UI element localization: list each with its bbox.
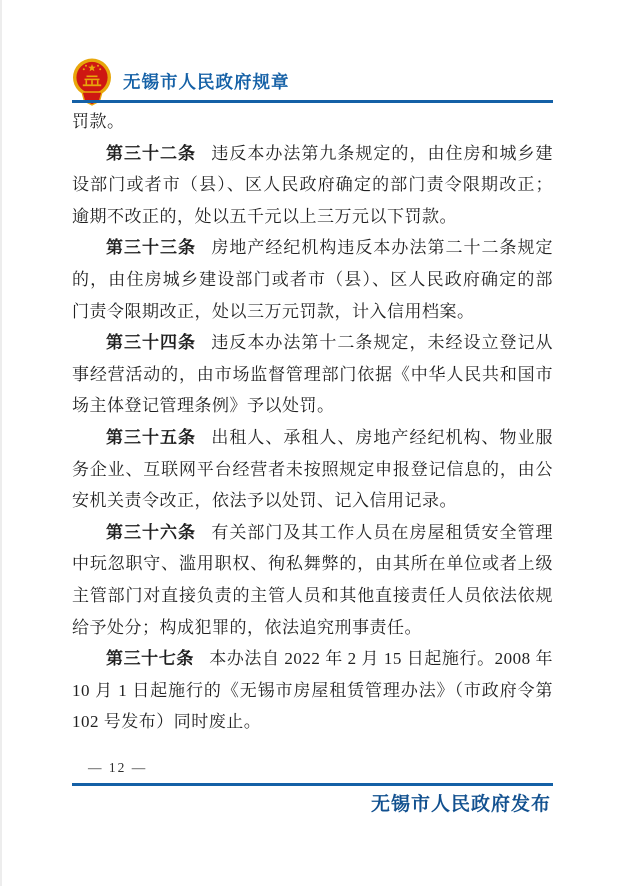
footer-rule bbox=[72, 783, 553, 786]
article-body: 罚款。 bbox=[72, 112, 125, 131]
page-number: — 12 — bbox=[88, 760, 147, 776]
header-rule bbox=[72, 100, 553, 103]
article-paragraph: 第三十六条有关部门及其工作人员在房屋租赁安全管理中玩忽职守、滥用职权、徇私舞弊的… bbox=[72, 517, 553, 643]
national-emblem-icon bbox=[72, 56, 112, 106]
page-title: 无锡市人民政府规章 bbox=[123, 69, 290, 94]
article-number: 第三十七条 bbox=[106, 649, 209, 668]
article-paragraph: 第三十四条违反本办法第十二条规定，未经设立登记从事经营活动的，由市场监督管理部门… bbox=[72, 327, 553, 422]
article-paragraph: 罚款。 bbox=[72, 106, 553, 138]
article-number: 第三十四条 bbox=[106, 333, 211, 352]
article-number: 第三十三条 bbox=[106, 238, 211, 257]
article-paragraph: 第三十三条房地产经纪机构违反本办法第二十二条规定的，由住房城乡建设部门或者市（县… bbox=[72, 232, 553, 327]
article-number: 第三十六条 bbox=[106, 523, 211, 542]
publisher-label: 无锡市人民政府发布 bbox=[371, 789, 551, 816]
document-page: 无锡市人民政府规章 罚款。 第三十二条违反本办法第九条规定的，由住房和城乡建设部… bbox=[0, 0, 624, 886]
article-text: 罚款。 第三十二条违反本办法第九条规定的，由住房和城乡建设部门或者市（县）、区人… bbox=[72, 106, 553, 738]
article-number: 第三十二条 bbox=[106, 144, 211, 163]
article-paragraph: 第三十二条违反本办法第九条规定的，由住房和城乡建设部门或者市（县）、区人民政府确… bbox=[72, 138, 553, 233]
page-header: 无锡市人民政府规章 bbox=[72, 56, 553, 106]
article-number: 第三十五条 bbox=[106, 428, 211, 447]
article-paragraph: 第三十七条本办法自 2022 年 2 月 15 日起施行。2008 年 10 月… bbox=[72, 643, 553, 738]
article-paragraph: 第三十五条出租人、承租人、房地产经纪机构、物业服务企业、互联网平台经营者未按照规… bbox=[72, 422, 553, 517]
